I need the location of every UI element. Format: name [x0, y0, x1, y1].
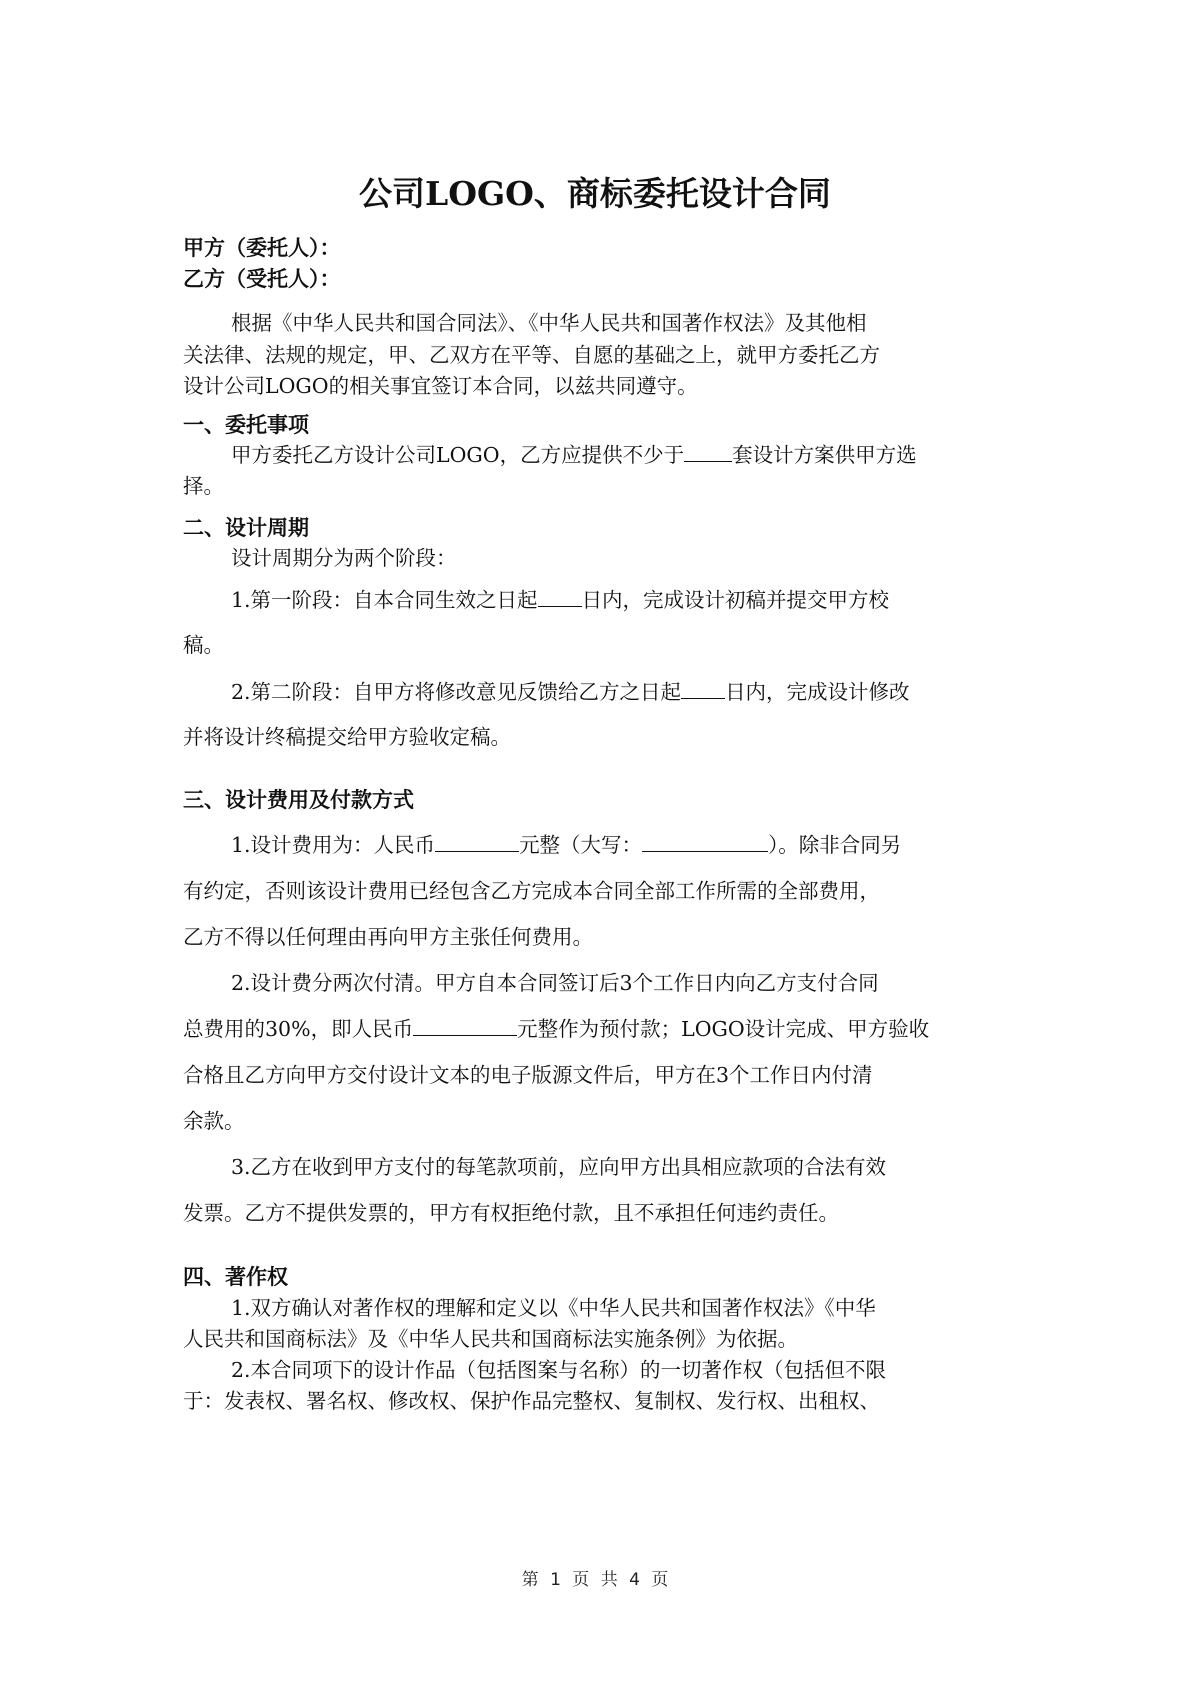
section-heading: 二、设计周期 [183, 513, 309, 543]
fill-blank [684, 441, 732, 462]
text-run: 1.设计费用为：人民币 [231, 833, 435, 857]
section-line: 2.设计费分两次付清。甲方自本合同签订后3个工作日内向乙方支付合同 [231, 968, 879, 998]
text-run: 1.第一阶段：自本合同生效之日起 [231, 588, 538, 612]
text-run: 日内，完成设计初稿并提交甲方校 [582, 588, 890, 612]
section-line: 乙方不得以任何理由再向甲方主张任何费用。 [183, 922, 593, 952]
section-line: 人民共和国商标法》及《中华人民共和国商标法实施条例》为依据。 [183, 1324, 798, 1354]
text-run: ）。除非合同另 [768, 833, 901, 857]
section-heading: 四、著作权 [183, 1262, 288, 1292]
section-line: 1.设计费用为：人民币元整（大写：）。除非合同另 [231, 830, 901, 860]
section-line: 甲方委托乙方设计公司LOGO，乙方应提供不少于套设计方案供甲方选 [231, 440, 917, 470]
section-line: 发票。乙方不提供发票的，甲方有权拒绝付款，且不承担任何违约责任。 [183, 1198, 839, 1228]
section-heading: 三、设计费用及付款方式 [183, 785, 414, 815]
document-title: 公司LOGO、商标委托设计合同 [0, 168, 1190, 215]
fill-blank [538, 586, 582, 607]
text-run: 套设计方案供甲方选 [732, 443, 917, 467]
party-a-label: 甲方（委托人）： [183, 233, 341, 263]
section-line: 总费用的30%，即人民币元整作为预付款；LOGO设计完成、甲方验收 [183, 1014, 929, 1044]
section-line: 2.第二阶段：自甲方将修改意见反馈给乙方之日起日内，完成设计修改 [231, 677, 910, 707]
section-line: 3.乙方在收到甲方支付的每笔款项前，应向甲方出具相应款项的合法有效 [231, 1152, 886, 1182]
intro-line: 根据《中华人民共和国合同法》、《中华人民共和国著作权法》及其他相 [231, 308, 867, 338]
section-line: 1.第一阶段：自本合同生效之日起日内，完成设计初稿并提交甲方校 [231, 585, 889, 615]
text-run: 元整作为预付款；LOGO设计完成、甲方验收 [517, 1017, 929, 1041]
section-line: 设计周期分为两个阶段： [231, 543, 457, 573]
text-run: 元整（大写： [519, 833, 642, 857]
party-b-label: 乙方（受托人）： [183, 264, 341, 294]
fill-blank [642, 831, 768, 852]
section-line: 余款。 [183, 1106, 245, 1136]
text-run: 甲方委托乙方设计公司LOGO，乙方应提供不少于 [231, 443, 684, 467]
fill-blank [413, 1015, 517, 1036]
intro-line: 设计公司LOGO的相关事宜签订本合同，以兹共同遵守。 [183, 371, 698, 401]
fill-blank [435, 831, 519, 852]
section-line: 1.双方确认对著作权的理解和定义以《中华人民共和国著作权法》《中华 [231, 1293, 876, 1323]
section-line: 合格且乙方向甲方交付设计文本的电子版源文件后，甲方在3个工作日内付清 [183, 1060, 873, 1090]
text-run: 2.第二阶段：自甲方将修改意见反馈给乙方之日起 [231, 680, 681, 704]
text-run: 日内，完成设计修改 [725, 680, 910, 704]
section-line: 有约定，否则该设计费用已经包含乙方完成本合同全部工作所需的全部费用， [183, 876, 880, 906]
section-line: 并将设计终稿提交给甲方验收定稿。 [183, 722, 511, 752]
section-line: 2.本合同项下的设计作品（包括图案与名称）的一切著作权（包括但不限 [231, 1355, 886, 1385]
section-line: 稿。 [183, 630, 224, 660]
intro-line: 关法律、法规的规定，甲、乙双方在平等、自愿的基础之上，就甲方委托乙方 [183, 340, 880, 370]
document-page: 公司LOGO、商标委托设计合同 甲方（委托人）： 乙方（受托人）： 根据《中华人… [0, 0, 1190, 1683]
section-heading: 一、委托事项 [183, 410, 309, 440]
section-line: 于：发表权、署名权、修改权、保护作品完整权、复制权、发行权、出租权、 [183, 1386, 880, 1416]
page-number: 第 1 页 共 4 页 [0, 1565, 1190, 1590]
section-line: 择。 [183, 471, 224, 501]
fill-blank [681, 678, 725, 699]
text-run: 总费用的30%，即人民币 [183, 1017, 413, 1041]
